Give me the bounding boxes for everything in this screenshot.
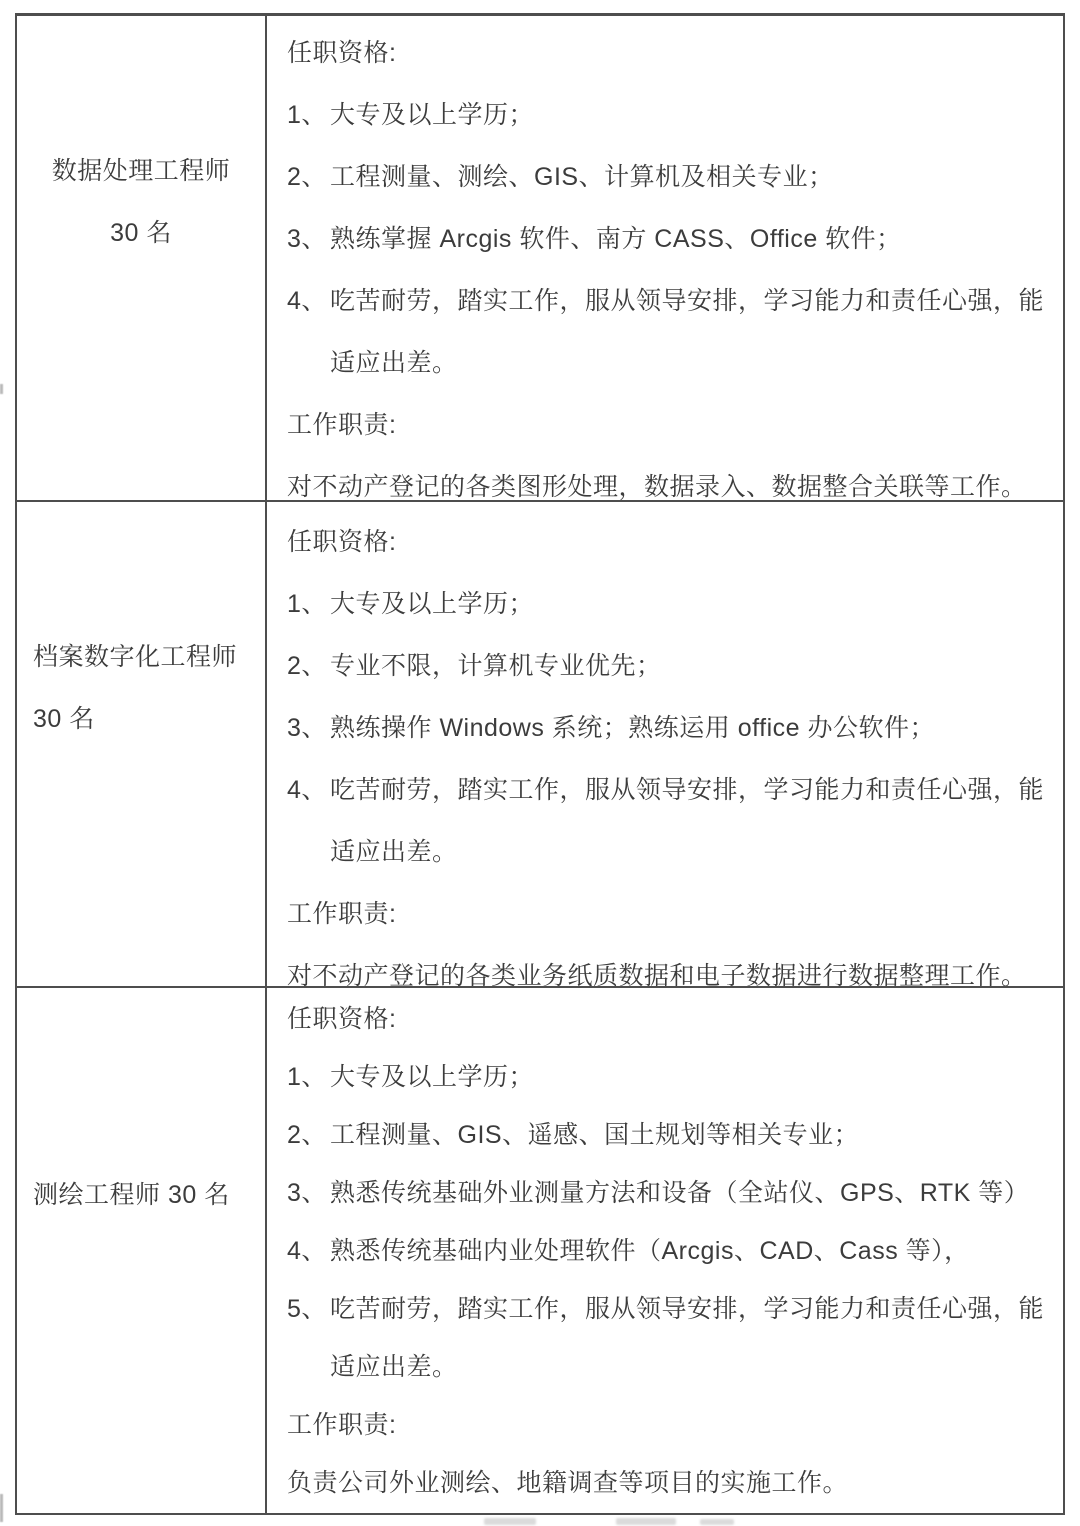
item-text: 大专及以上学历； [330,573,534,635]
job-title-cell-archive-digitization: 档案数字化工程师 30 名 [17,500,267,986]
job-title-block: 测绘工程师 30 名 [33,1164,265,1226]
qualification-item: 5、 吃苦耐劳，踏实工作，服从领导安排，学习能力和责任心强，能 [287,1280,1051,1338]
job-title-line: 测绘工程师 30 名 [33,1164,265,1226]
recruitment-table: 数据处理工程师 30 名 任职资格: 1、 大专及以上学历； 2、 工程测量、测… [15,13,1065,1515]
cropped-text-artifact [700,1519,734,1525]
job-headcount: 30 名 [17,202,265,264]
qualification-item: 2、 工程测量、GIS、遥感、国土规划等相关专业； [287,1106,1051,1164]
job-title-line: 数据处理工程师 [17,140,265,202]
item-number: 2、 [287,146,330,208]
item-number: 5、 [287,1280,330,1338]
cropped-text-artifact [484,1518,536,1525]
item-text: 专业不限，计算机专业优先； [330,635,662,697]
section-heading-duties: 工作职责: [287,883,1051,945]
qualification-item: 3、 熟练操作 Windows 系统；熟练运用 office 办公软件； [287,697,1051,759]
job-title-cell-data-processing: 数据处理工程师 30 名 [17,16,267,500]
item-text: 吃苦耐劳，踏实工作，服从领导安排，学习能力和责任心强，能 [330,759,1044,821]
item-number: 3、 [287,208,330,270]
qualification-item: 3、 熟悉传统基础外业测量方法和设备（全站仪、GPS、RTK 等） [287,1164,1051,1222]
item-number: 3、 [287,697,330,759]
item-number: 4、 [287,270,330,332]
qualification-item: 3、 熟练掌握 Arcgis 软件、南方 CASS、Office 软件； [287,208,1051,270]
job-title-line: 档案数字化工程师 [33,626,265,688]
qualification-item: 1、 大专及以上学历； [287,573,1051,635]
job-headcount: 30 名 [33,688,265,750]
section-heading-qualifications: 任职资格: [287,990,1051,1048]
item-text: 熟悉传统基础内业处理软件（Arcgis、CAD、Cass 等）， [330,1222,970,1280]
qualification-item: 4、 吃苦耐劳，踏实工作，服从领导安排，学习能力和责任心强，能 [287,270,1051,332]
continuation-line: 适应出差。 [287,1338,1051,1396]
section-heading-duties: 工作职责: [287,394,1051,456]
continuation-line: 适应出差。 [287,821,1051,883]
job-title-cell-surveying: 测绘工程师 30 名 [17,986,267,1513]
item-number: 2、 [287,1106,330,1164]
qualification-item: 1、 大专及以上学历； [287,1048,1051,1106]
item-number: 4、 [287,759,330,821]
item-text: 吃苦耐劳，踏实工作，服从领导安排，学习能力和责任心强，能 [330,1280,1044,1338]
continuation-line: 适应出差。 [287,332,1051,394]
left-edge-crop-artifact [0,384,3,394]
job-title-block: 数据处理工程师 30 名 [17,140,265,264]
item-number: 1、 [287,84,330,146]
item-number: 1、 [287,1048,330,1106]
cropped-text-artifact [616,1518,676,1525]
job-detail-cell-archive-digitization: 任职资格: 1、 大专及以上学历； 2、 专业不限，计算机专业优先； 3、 熟练… [267,500,1063,986]
item-text: 工程测量、GIS、遥感、国土规划等相关专业； [330,1106,859,1164]
duty-text: 对不动产登记的各类图形处理，数据录入、数据整合关联等工作。 [287,456,1051,500]
qualification-item: 4、 吃苦耐劳，踏实工作，服从领导安排，学习能力和责任心强，能 [287,759,1051,821]
duty-text: 负责公司外业测绘、地籍调查等项目的实施工作。 [287,1454,1051,1512]
left-edge-crop-artifact [0,1494,3,1522]
job-detail-cell-data-processing: 任职资格: 1、 大专及以上学历； 2、 工程测量、测绘、GIS、计算机及相关专… [267,16,1063,500]
item-number: 2、 [287,635,330,697]
section-heading-qualifications: 任职资格: [287,511,1051,573]
item-text: 工程测量、测绘、GIS、计算机及相关专业； [330,146,834,208]
qualification-item: 1、 大专及以上学历； [287,84,1051,146]
qualification-item: 2、 专业不限，计算机专业优先； [287,635,1051,697]
item-text: 吃苦耐劳，踏实工作，服从领导安排，学习能力和责任心强，能 [330,270,1044,332]
item-number: 1、 [287,573,330,635]
section-heading-duties: 工作职责: [287,1396,1051,1454]
section-heading-qualifications: 任职资格: [287,22,1051,84]
qualification-item: 4、 熟悉传统基础内业处理软件（Arcgis、CAD、Cass 等）， [287,1222,1051,1280]
item-number: 3、 [287,1164,330,1222]
item-number: 4、 [287,1222,330,1280]
job-detail-cell-surveying: 任职资格: 1、 大专及以上学历； 2、 工程测量、GIS、遥感、国土规划等相关… [267,986,1063,1513]
document-page: 数据处理工程师 30 名 任职资格: 1、 大专及以上学历； 2、 工程测量、测… [0,0,1080,1526]
qualification-item: 2、 工程测量、测绘、GIS、计算机及相关专业； [287,146,1051,208]
duty-text: 对不动产登记的各类业务纸质数据和电子数据进行数据整理工作。 [287,945,1051,986]
item-text: 熟练操作 Windows 系统；熟练运用 office 办公软件； [330,697,935,759]
item-text: 大专及以上学历； [330,1048,534,1106]
item-text: 大专及以上学历； [330,84,534,146]
item-text: 熟悉传统基础外业测量方法和设备（全站仪、GPS、RTK 等） [330,1164,1029,1222]
job-title-block: 档案数字化工程师 30 名 [33,626,265,750]
item-text: 熟练掌握 Arcgis 软件、南方 CASS、Office 软件； [330,208,902,270]
